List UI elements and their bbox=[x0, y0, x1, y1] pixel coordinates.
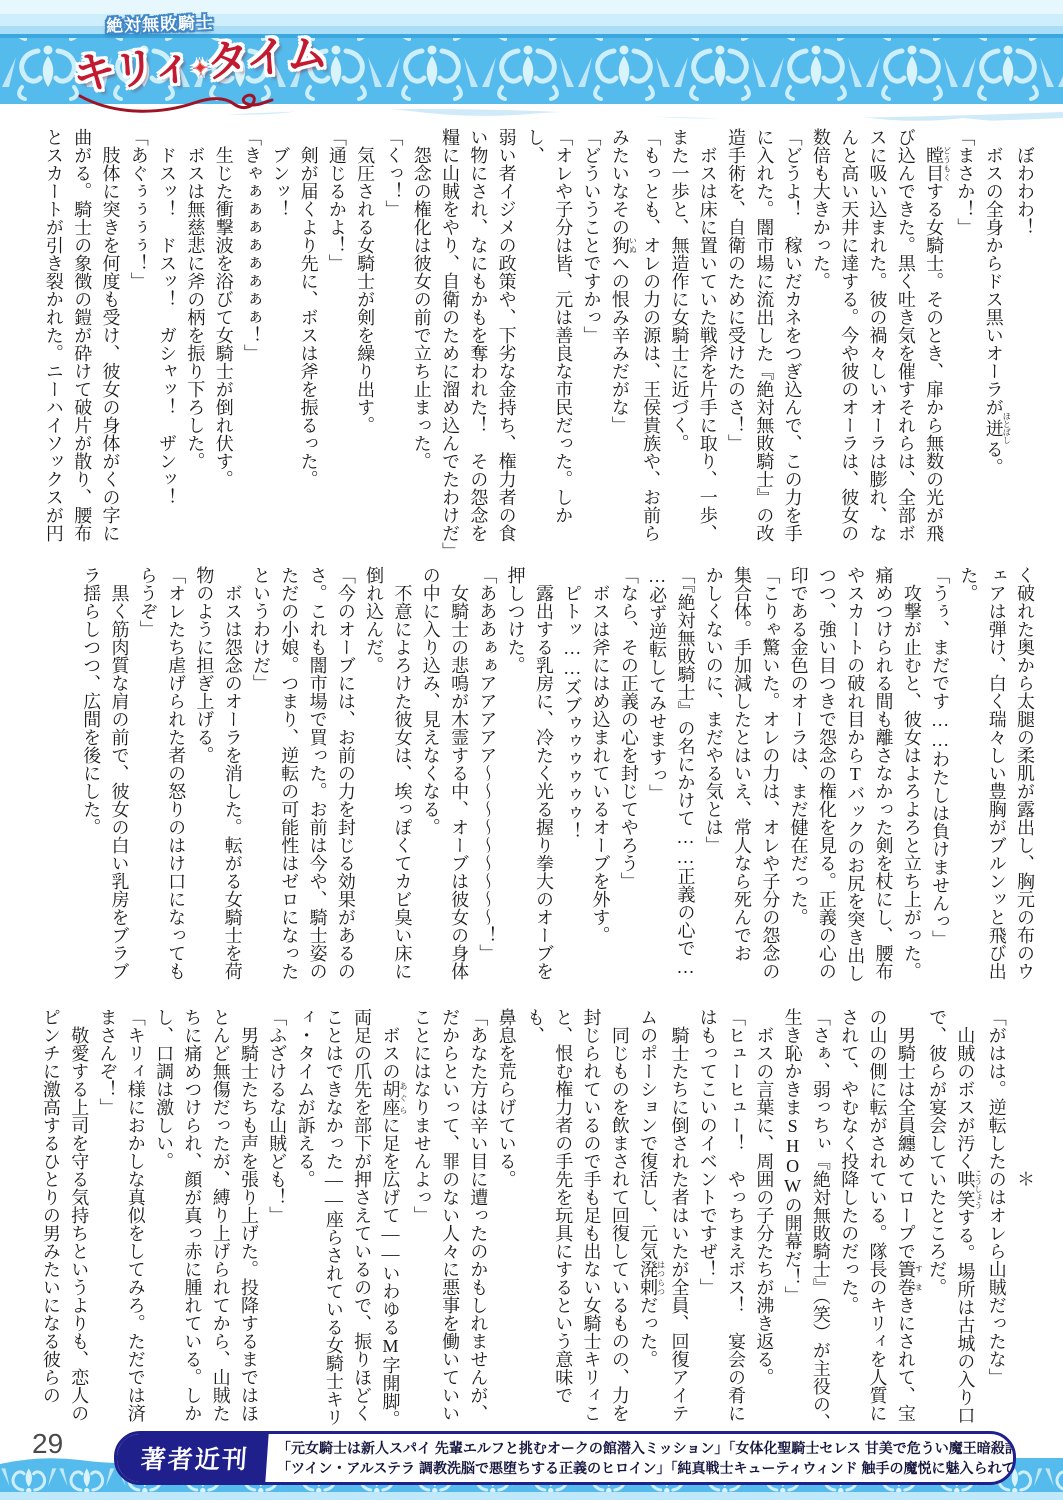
text-column: はもってこいのイベントですぜ！」 bbox=[693, 1008, 721, 1432]
text-column: ただの小娘。つまり、逆転の可能性はゼロになった bbox=[275, 566, 303, 990]
text-column: 露出する乳房に、冷たく光る握り拳大のオーブを bbox=[530, 566, 558, 990]
text-column: 「なら、その正義の心を封じてやろう」 bbox=[615, 566, 643, 990]
text-column: ぼわわわ！ bbox=[1011, 128, 1039, 552]
text-column: 「オレや子分は皆、元は善良な市民だった。しかし、 bbox=[521, 128, 578, 552]
text-column: 糧に山賊をやり、自衛のために溜め込んでたわけだ」 bbox=[436, 128, 464, 552]
logo-title-right: タイム bbox=[204, 30, 327, 87]
text-column: 「あなた方は辛い目に遭ったのかもしれませんが、 bbox=[464, 1008, 492, 1432]
text-column: ボスは床に置いていた戦斧を片手に取り、一歩、 bbox=[693, 128, 721, 552]
text-column: の中に入り込み、見えなくなる。 bbox=[416, 566, 444, 990]
text-column: 「がはは。逆転したのはオレら山賊だったな」 bbox=[982, 1008, 1010, 1432]
text-column: 「こりゃ驚いた。オレの力は、オレや子分の怨念の bbox=[756, 566, 784, 990]
text-column: らうぞ」 bbox=[134, 566, 162, 990]
author-books-banner: 著者近刊 「元女騎士は新人スパイ 先輩エルフと挑むオークの館潜入ミッション」「女… bbox=[114, 1431, 1016, 1485]
text-column: 「うぅ、まだです……わたしは負けませんっ」 bbox=[926, 566, 954, 990]
text-column: 敬愛する上司を守る気持ちというよりも、恋人の bbox=[65, 1008, 93, 1432]
text-band-top: ぼわわわ！ ボスの全身からドス黒いオーラが迸ほとばしる。「まさか！」 瞠目どうも… bbox=[75, 128, 1039, 552]
text-column: 瞠目どうもくする女騎士。そのとき、扉から無数の光が飛 bbox=[920, 128, 951, 552]
text-column: とんど無傷だったが、縛り上げられてから、山賊た bbox=[206, 1008, 234, 1432]
text-column: みたいなその狗いぬへの恨み辛みだがな」 bbox=[606, 128, 637, 552]
text-band-bottom: ＊「がはは。逆転したのはオレら山賊だったな」 山賊のボスが汚く哄笑こうしょうする… bbox=[75, 1008, 1039, 1432]
text-column: 封じられているので手も足も出ない女騎士キリィこ bbox=[577, 1008, 605, 1432]
text-column: の山の側に転がされている。隊長のキリィを人質に bbox=[863, 1008, 891, 1432]
text-column: ェアは弾け、白く瑞々しい豊胸がブルンッと飛び出 bbox=[982, 566, 1010, 990]
text-column: 押しつけた。 bbox=[501, 566, 529, 990]
text-column: 「通じるかよ！」 bbox=[323, 128, 351, 552]
text-column: スに吸い込まれた。彼の禍々しいオーラは膨れ、な bbox=[863, 128, 891, 552]
text-column: 生き恥かきまSHOWの開幕だ！」 bbox=[778, 1008, 806, 1432]
text-column: ボスの言葉に、周囲の子分たちが沸き返る。 bbox=[750, 1008, 778, 1432]
text-column: …必ず逆転してみせますっ」 bbox=[643, 566, 671, 990]
text-column: 「ヒューヒュー！ やっちまえボス！ 宴会の肴に bbox=[722, 1008, 750, 1432]
text-column: 「今のオーブには、お前の力を封じる効果があるの bbox=[332, 566, 360, 990]
text-column: 男騎士たちも声を張り上げた。投降するまではほ bbox=[235, 1008, 263, 1432]
text-column: 同じものを飲まされて回復しているものの、力を bbox=[606, 1008, 634, 1432]
text-column: ィ・タイムが訴える。 bbox=[291, 1008, 319, 1432]
text-column: 数倍も大きかった。 bbox=[807, 128, 835, 552]
text-column: ボスは斧にはめ込まれているオーブを外す。 bbox=[586, 566, 614, 990]
text-column: 物のように担ぎ上げる。 bbox=[190, 566, 218, 990]
text-column: し、口調は激しい。 bbox=[150, 1008, 178, 1432]
text-column: 鼻息を荒らげている。 bbox=[492, 1008, 520, 1432]
page-number: 29 bbox=[32, 1428, 63, 1460]
text-column: ＊ bbox=[1011, 1008, 1039, 1432]
text-column: 「あぐぅぅぅぅ！」 bbox=[125, 128, 153, 552]
text-column: く破れた奥から太腿の柔肌が露出し、胸元の布のウ bbox=[1011, 566, 1039, 990]
novel-page: 絶対無敗騎士 キリィ✦タイム ぼわわわ！ ボスの全身からドス黒いオーラが迸ほとば… bbox=[0, 0, 1063, 1500]
text-column: ことにはなりませんよっ」 bbox=[407, 1008, 435, 1432]
text-column: ボスは怨念のオーラを消した。転がる女騎士を荷 bbox=[218, 566, 246, 990]
text-column: 「どうよ！ 稼いだカネをつぎ込んで、この力を手 bbox=[778, 128, 806, 552]
text-column: た。 bbox=[954, 566, 982, 990]
text-column: 倒れ込んだ。 bbox=[360, 566, 388, 990]
text-column: ムのポーションで復活し、元気溌剌はつらつだった。 bbox=[634, 1008, 665, 1432]
text-column: 黒く筋肉質な肩の前で、彼女の白い乳房をブラブ bbox=[105, 566, 133, 990]
text-column: ちに痛めつけられ、顔が真っ赤に腫れている。しか bbox=[178, 1008, 206, 1432]
text-band-middle: く破れた奥から太腿の柔肌が露出し、胸元の布のウェアは弾け、白く瑞々しい豊胸がブル… bbox=[75, 566, 1039, 990]
text-column: 「キリィ様におかしな真似をしてみろ。ただでは済 bbox=[122, 1008, 150, 1432]
text-column: 造手術を、自衛のために受けたのさ！」 bbox=[722, 128, 750, 552]
text-column: つつ、強い目つきで怨念の権化を見る。正義の心の bbox=[813, 566, 841, 990]
text-column: 「くっ！」 bbox=[379, 128, 407, 552]
text-column: 「『絶対無敗騎士』の名にかけて……正義の心で… bbox=[671, 566, 699, 990]
text-column: ピンチに激高するひとりの男みたいになる彼らの bbox=[37, 1008, 65, 1432]
text-column: 山賊のボスが汚く哄笑こうしょうする。場所は古城の入り口 bbox=[951, 1008, 982, 1432]
sparkle-star-icon: ✦ bbox=[191, 57, 207, 80]
text-column: 「まさか！」 bbox=[951, 128, 979, 552]
text-column: と、恨む権力者の手先を玩具にするという意味でも、 bbox=[521, 1008, 578, 1432]
text-column: ボスは無慈悲に斧の柄を振り下ろした。 bbox=[181, 128, 209, 552]
book-titles-list: 「元女騎士は新人スパイ 先輩エルフと挑むオークの館潜入ミッション」「女体化聖騎士… bbox=[267, 1436, 1016, 1481]
text-column: とスカートが引き裂かれた。ニーハイソックスが円 bbox=[40, 128, 68, 552]
text-column: 「ふざけるな山賊ども！」 bbox=[263, 1008, 291, 1432]
text-column: 両足の爪先を部下が押さえているので、振りほどく bbox=[348, 1008, 376, 1432]
text-column: 剣が届くより先に、ボスは斧を振るった。 bbox=[294, 128, 322, 552]
text-column: 生じた衝撃波を浴びて女騎士が倒れ伏す。 bbox=[209, 128, 237, 552]
text-column: 曲がる。騎士の象徴の鎧が砕けて破片が散り、腰布 bbox=[68, 128, 96, 552]
text-column: 「さぁ、弱っちぃ『絶対無敗騎士』（笑）が主役の、 bbox=[807, 1008, 835, 1432]
text-column: 怨念の権化は彼女の前で立ち止まった。 bbox=[407, 128, 435, 552]
text-column: 痛めつけられる間も離さなかった剣を杖にし、腰布 bbox=[869, 566, 897, 990]
text-column: 騎士たちに倒された者はいたが全員、回復アイテ bbox=[665, 1008, 693, 1432]
author-recent-works-label: 著者近刊 bbox=[114, 1434, 269, 1482]
text-column: というわけだ」 bbox=[247, 566, 275, 990]
text-column: で、彼らが宴会していたところだ。 bbox=[923, 1008, 951, 1432]
text-column: さ。これも闇市場で買った。お前は今や、騎士姿の bbox=[303, 566, 331, 990]
text-column: 印である金色のオーラは、まだ健在だった。 bbox=[784, 566, 812, 990]
text-column: かしくないのに、まだやる気とは」 bbox=[699, 566, 727, 990]
logo-flourish bbox=[76, 90, 276, 116]
text-column: 弱い者イジメの政策や、下劣な金持ち、権力者の食 bbox=[492, 128, 520, 552]
text-column: 集合体。手加減したとはいえ、常人なら死んでお bbox=[728, 566, 756, 990]
text-column: まさんぞ！」 bbox=[93, 1008, 121, 1432]
text-column: 不意によろけた彼女は、埃っぽくてカビ臭い床に bbox=[388, 566, 416, 990]
text-column: ボスの全身からドス黒いオーラが迸ほとばしる。 bbox=[979, 128, 1010, 552]
text-column: 肢体に突きを何度も受け、彼女の身体がくの字に bbox=[96, 128, 124, 552]
text-column: ボスの胡座あぐらに足を広げて――いわゆるM字開脚。 bbox=[376, 1008, 407, 1432]
text-column: ラ揺らしつつ、広間を後にした。 bbox=[77, 566, 105, 990]
text-column: ピトッ……ズブゥゥゥゥゥゥ！ bbox=[558, 566, 586, 990]
text-column: んと高い天井に達する。今や彼のオーラは、彼女の bbox=[835, 128, 863, 552]
text-column: 気圧される女騎士が剣を繰り出す。 bbox=[351, 128, 379, 552]
text-column: 「あああぁぁアアアアア～～～～～～～～～！」 bbox=[473, 566, 501, 990]
text-column: 「オレたち虐げられた者の怒りのはけ口になっても bbox=[162, 566, 190, 990]
text-column: い物にされ、なにもかもを奪われた！ その怨念を bbox=[464, 128, 492, 552]
book-titles-line-2: 「ツイン・アルステラ 調教洗脳で悪堕ちする正義のヒロイン」「純真戦士キューティウ… bbox=[277, 1458, 1016, 1478]
text-column: ことはできなかった――座らされている女騎士キリ bbox=[320, 1008, 348, 1432]
text-column: 攻撃が止むと、彼女はよろよろと立ち上がった。 bbox=[898, 566, 926, 990]
text-column: だからといって、罪のない人々に悪事を働いていい bbox=[436, 1008, 464, 1432]
text-column: び込んできた。黒く吐き気を催すそれらは、全部ボ bbox=[892, 128, 920, 552]
text-column: ドスッ！ ドスッ！ ガシャッ！ ザンッ！ bbox=[153, 128, 181, 552]
text-column: 「きゃぁぁぁぁぁぁぁぁ！」 bbox=[238, 128, 266, 552]
text-column: やスカートの破れ目からTバックのお尻を突き出し bbox=[841, 566, 869, 990]
book-titles-line-1: 「元女騎士は新人スパイ 先輩エルフと挑むオークの館潜入ミッション」「女体化聖騎士… bbox=[277, 1438, 1016, 1458]
text-column: 「どういうことですかっ」 bbox=[577, 128, 605, 552]
text-column: 「もっとも、オレの力の源は、王侯貴族や、お前ら bbox=[637, 128, 665, 552]
text-column: 男騎士は全員纏めてロープで簀巻すまきにされて、宝 bbox=[892, 1008, 923, 1432]
text-column: されて、やむなく投降したのだった。 bbox=[835, 1008, 863, 1432]
text-column: 女騎士の悲鳴が木霊する中、オーブは彼女の身体 bbox=[445, 566, 473, 990]
series-logo: 絶対無敗騎士 キリィ✦タイム bbox=[66, 2, 296, 120]
text-column: また一歩と、無造作に女騎士に近づく。 bbox=[665, 128, 693, 552]
text-column: に入れた。闇市場に流出した『絶対無敗騎士』の改 bbox=[750, 128, 778, 552]
text-column: ブンッ！ bbox=[266, 128, 294, 552]
